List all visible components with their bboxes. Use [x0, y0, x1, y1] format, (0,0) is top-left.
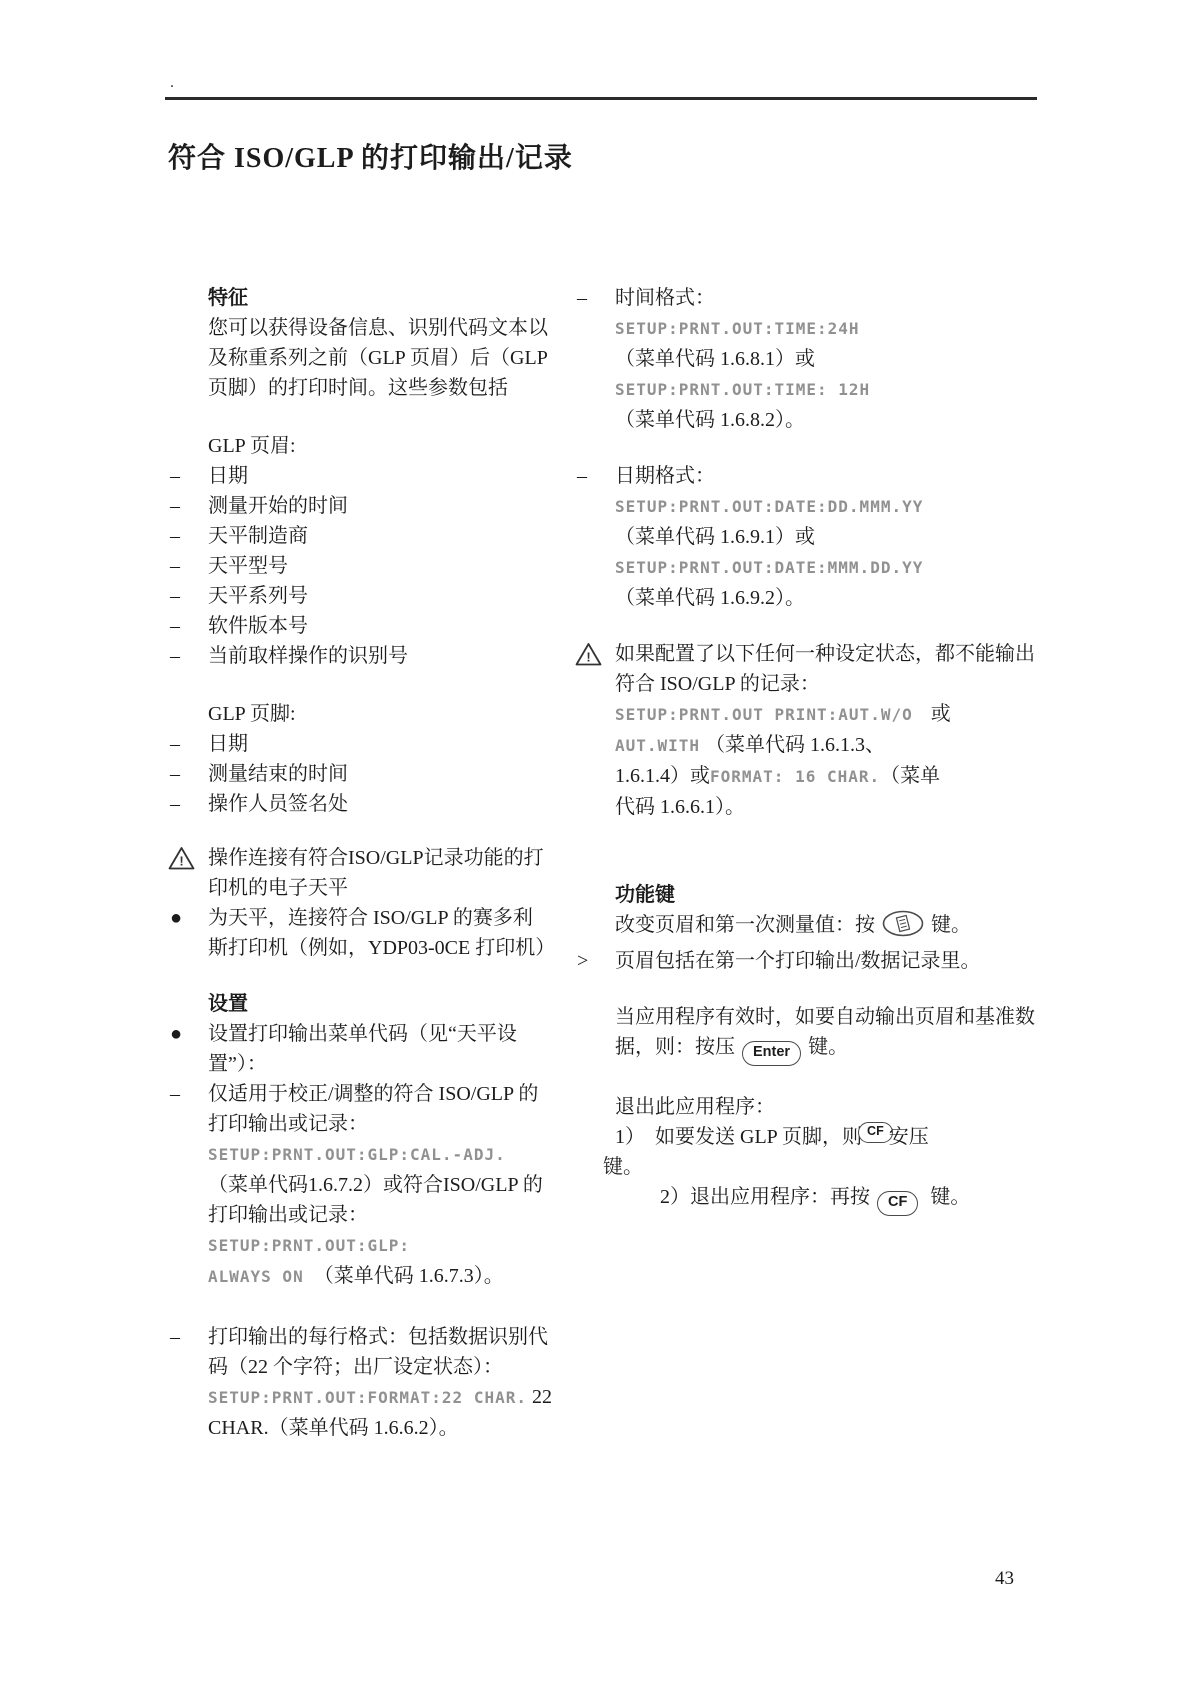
lcd-display-text: ALWAYS ON: [208, 1267, 304, 1286]
print-line-pre: 改变页眉和第一次测量值：按: [615, 914, 875, 936]
config-warning-text: 如果配置了以下任何一种设定状态，都不能输出符合 ISO/GLP 的记录：: [615, 643, 1035, 695]
enter-key: Enter: [742, 1041, 801, 1066]
glp-footer-item: –测量结束的时间: [170, 759, 548, 789]
glp-footer-item: –日期: [170, 729, 548, 759]
time-lcd-12-line: SETUP:PRNT.OUT:TIME: 12H: [577, 374, 1040, 405]
warn-end-a: （菜单: [880, 765, 940, 787]
lcd-display-text: SETUP:PRNT.OUT:TIME: 12H: [615, 380, 870, 399]
dash-marker: –: [170, 611, 208, 641]
glp-header-item-text: 天平制造商: [208, 525, 308, 547]
glp-header-item: –测量开始的时间: [170, 491, 548, 521]
time-format-item: –时间格式：: [577, 283, 1040, 313]
auto-post: 键。: [808, 1036, 848, 1058]
lcd-display-text: SETUP:PRNT.OUT:GLP:CAL.-ADJ.: [208, 1145, 506, 1164]
time-format-label: 时间格式：: [615, 287, 715, 309]
lcd-display-text: SETUP:PRNT.OUT:DATE:MMM.DD.YY: [615, 558, 923, 577]
glp-header-item: –天平制造商: [170, 521, 548, 551]
glp-header-label: GLP 页眉:: [170, 431, 548, 461]
dash-marker: –: [170, 461, 208, 491]
dash-marker: –: [170, 789, 208, 819]
format-num: 22: [532, 1386, 552, 1408]
glp-header-item-text: 日期: [208, 465, 248, 487]
cf-key: CF: [877, 1191, 918, 1216]
glp-header-item: –日期: [170, 461, 548, 491]
config-warning-lcd-2: AUT.WITH （菜单代码 1.6.1.3、: [577, 730, 1040, 761]
glp-footer-item: –操作人员签名处: [170, 789, 548, 819]
date-format-item: –日期格式：: [577, 461, 1040, 491]
printer-warning-text: 操作连接有符合ISO/GLP记录功能的打印机的电子天平: [208, 847, 544, 899]
svg-text:!: !: [179, 854, 183, 869]
config-warning-lcd-1: SETUP:PRNT.OUT PRINT:AUT.W/O或: [577, 699, 1040, 730]
glp-lcd-line: SETUP:PRNT.OUT:GLP:: [170, 1230, 548, 1261]
warning-icon: !: [168, 846, 206, 880]
lcd-display-text: AUT.WITH: [615, 736, 700, 755]
date-lcd-1-line: SETUP:PRNT.OUT:DATE:DD.MMM.YY: [577, 491, 1040, 522]
glp-footer-item-text: 操作人员签名处: [208, 793, 348, 815]
print-result-text: 页眉包括在第一个打印输出/数据记录里。: [615, 950, 981, 972]
always-on-line: ALWAYS ON （菜单代码 1.6.7.3）。: [170, 1261, 548, 1292]
date-lcd-2-line: SETUP:PRNT.OUT:DATE:MMM.DD.YY: [577, 552, 1040, 583]
dash-marker: –: [170, 729, 208, 759]
dash-marker: –: [577, 283, 615, 313]
date-note-1: （菜单代码 1.6.9.1）或: [577, 522, 1040, 552]
print-result: >页眉包括在第一个打印输出/数据记录里。: [577, 946, 1040, 976]
cf-key: CF: [858, 1122, 893, 1143]
warn-mid-b: 1.6.1.4）或: [615, 765, 710, 787]
bullet-marker: ●: [170, 903, 208, 933]
step1-post: 安压: [889, 1126, 929, 1148]
manual-page: . 符合 ISO/GLP 的打印输出/记录 特征 您可以获得设备信息、识别代码文…: [0, 0, 1200, 1698]
page-title: 符合 ISO/GLP 的打印输出/记录: [168, 136, 1068, 176]
print-key-line: 改变页眉和第一次测量值：按键。: [577, 910, 1040, 946]
dash-marker: –: [577, 461, 615, 491]
bullet-marker: ●: [170, 1019, 208, 1049]
glp-footer-item-text: 测量结束的时间: [208, 763, 348, 785]
print-key-icon: [882, 920, 924, 942]
auto-output-para: 当应用程序有效时，如要自动输出页眉和基准数据，则：按压Enter键。: [577, 1002, 1040, 1066]
config-warning: ! 如果配置了以下任何一种设定状态，都不能输出符合 ISO/GLP 的记录：: [577, 639, 1040, 699]
left-column: 特征 您可以获得设备信息、识别代码文本以及称重系列之前（GLP 页眉）后（GLP…: [170, 283, 548, 1443]
cal-mid: （菜单代码1.6.7.2）或符合ISO/GLP 的打印输出或记录：: [170, 1170, 548, 1230]
exit-heading: 退出此应用程序：: [577, 1092, 1040, 1122]
dash-marker: –: [170, 641, 208, 671]
glp-header-item-text: 软件版本号: [208, 615, 308, 637]
page-number: 43: [995, 1568, 1014, 1590]
glp-header-item-text: 天平型号: [208, 555, 288, 577]
glp-header-item: –天平系列号: [170, 581, 548, 611]
cal-intro-text: 仅适用于校正/调整的符合 ISO/GLP 的打印输出或记录：: [208, 1083, 538, 1135]
format-lcd-line: SETUP:PRNT.OUT:FORMAT:22 CHAR. 22: [170, 1382, 548, 1413]
printer-warning: ! 操作连接有符合ISO/GLP记录功能的打印机的电子天平: [170, 843, 548, 903]
setup-heading: 设置: [170, 989, 548, 1019]
dash-marker: –: [170, 759, 208, 789]
glp-header-item-text: 天平系列号: [208, 585, 308, 607]
lcd-display-text: SETUP:PRNT.OUT:FORMAT:22 CHAR.: [208, 1388, 527, 1407]
exit-step-1: 1） 如要发送 GLP 页脚，则CF安压: [577, 1122, 1040, 1152]
cal-item: –仅适用于校正/调整的符合 ISO/GLP 的打印输出或记录：: [170, 1079, 548, 1139]
format-item: –打印输出的每行格式：包括数据识别代码（22 个字符；出厂设定状态）：: [170, 1322, 548, 1382]
time-note-12: （菜单代码 1.6.8.2）。: [577, 405, 1040, 435]
top-rule: [165, 97, 1037, 100]
lcd-display-text: SETUP:PRNT.OUT:TIME:24H: [615, 319, 860, 338]
lcd-display-text: SETUP:PRNT.OUT PRINT:AUT.W/O: [615, 705, 913, 724]
glp-header-item: –天平型号: [170, 551, 548, 581]
time-lcd-24-line: SETUP:PRNT.OUT:TIME:24H: [577, 313, 1040, 344]
step2-pre: 2）退出应用程序：再按: [660, 1186, 870, 1208]
dash-marker: –: [170, 491, 208, 521]
right-column: –时间格式： SETUP:PRNT.OUT:TIME:24H （菜单代码 1.6…: [577, 283, 1040, 1216]
always-note: （菜单代码 1.6.7.3）。: [314, 1265, 504, 1287]
glp-header-item-text: 当前取样操作的识别号: [208, 645, 408, 667]
result-marker: >: [577, 946, 615, 976]
exit-step-2: 2）退出应用程序：再按CF 键。: [577, 1182, 1040, 1216]
setup-bullet-text: 设置打印输出菜单代码（见“天平设置”）：: [208, 1023, 517, 1075]
step2-post: 键。: [930, 1186, 970, 1208]
warning-icon: !: [575, 642, 613, 676]
printer-bullet: ●为天平，连接符合 ISO/GLP 的赛多利斯打印机（例如，YDP03-0CE …: [170, 903, 548, 963]
features-heading: 特征: [170, 283, 548, 313]
print-line-post: 键。: [931, 914, 971, 936]
format-tail: CHAR.（菜单代码 1.6.6.2）。: [170, 1413, 548, 1443]
dash-marker: –: [170, 521, 208, 551]
lcd-display-text: SETUP:PRNT.OUT:GLP:: [208, 1236, 410, 1255]
setup-bullet: ●设置打印输出菜单代码（见“天平设置”）：: [170, 1019, 548, 1079]
dash-marker: –: [170, 1079, 208, 1109]
svg-text:!: !: [586, 650, 590, 665]
lcd-display-text: SETUP:PRNT.OUT:DATE:DD.MMM.YY: [615, 497, 923, 516]
dash-marker: –: [170, 1322, 208, 1352]
lcd-display-text: FORMAT: 16 CHAR.: [710, 767, 880, 786]
config-warning-lcd-3: 1.6.1.4）或FORMAT: 16 CHAR.（菜单: [577, 761, 1040, 792]
date-format-label: 日期格式：: [615, 465, 715, 487]
dash-marker: –: [170, 551, 208, 581]
cal-lcd-line: SETUP:PRNT.OUT:GLP:CAL.-ADJ.: [170, 1139, 548, 1170]
funckeys-heading: 功能键: [577, 880, 1040, 910]
exit-step-1-cont: 键。: [565, 1152, 1040, 1182]
dash-marker: –: [170, 581, 208, 611]
glp-header-item-text: 测量开始的时间: [208, 495, 348, 517]
glp-header-item: –当前取样操作的识别号: [170, 641, 548, 671]
step1-pre: 1） 如要发送 GLP 页脚，则: [615, 1126, 862, 1148]
time-note-24: （菜单代码 1.6.8.1）或: [577, 344, 1040, 374]
glp-footer-label: GLP 页脚:: [170, 699, 548, 729]
config-warning-end: 代码 1.6.6.1）。: [577, 792, 1040, 822]
glp-header-item: –软件版本号: [170, 611, 548, 641]
printer-bullet-text: 为天平，连接符合 ISO/GLP 的赛多利斯打印机（例如，YDP03-0CE 打…: [208, 907, 555, 959]
warn-or: 或: [931, 703, 951, 725]
glp-footer-item-text: 日期: [208, 733, 248, 755]
features-body: 您可以获得设备信息、识别代码文本以及称重系列之前（GLP 页眉）后（GLP 页脚…: [170, 313, 548, 403]
format-intro-text: 打印输出的每行格式：包括数据识别代码（22 个字符；出厂设定状态）：: [208, 1326, 548, 1378]
warn-mid-a: （菜单代码 1.6.1.3、: [705, 734, 885, 756]
date-note-2: （菜单代码 1.6.9.2）。: [577, 583, 1040, 613]
corner-mark: .: [170, 74, 174, 92]
